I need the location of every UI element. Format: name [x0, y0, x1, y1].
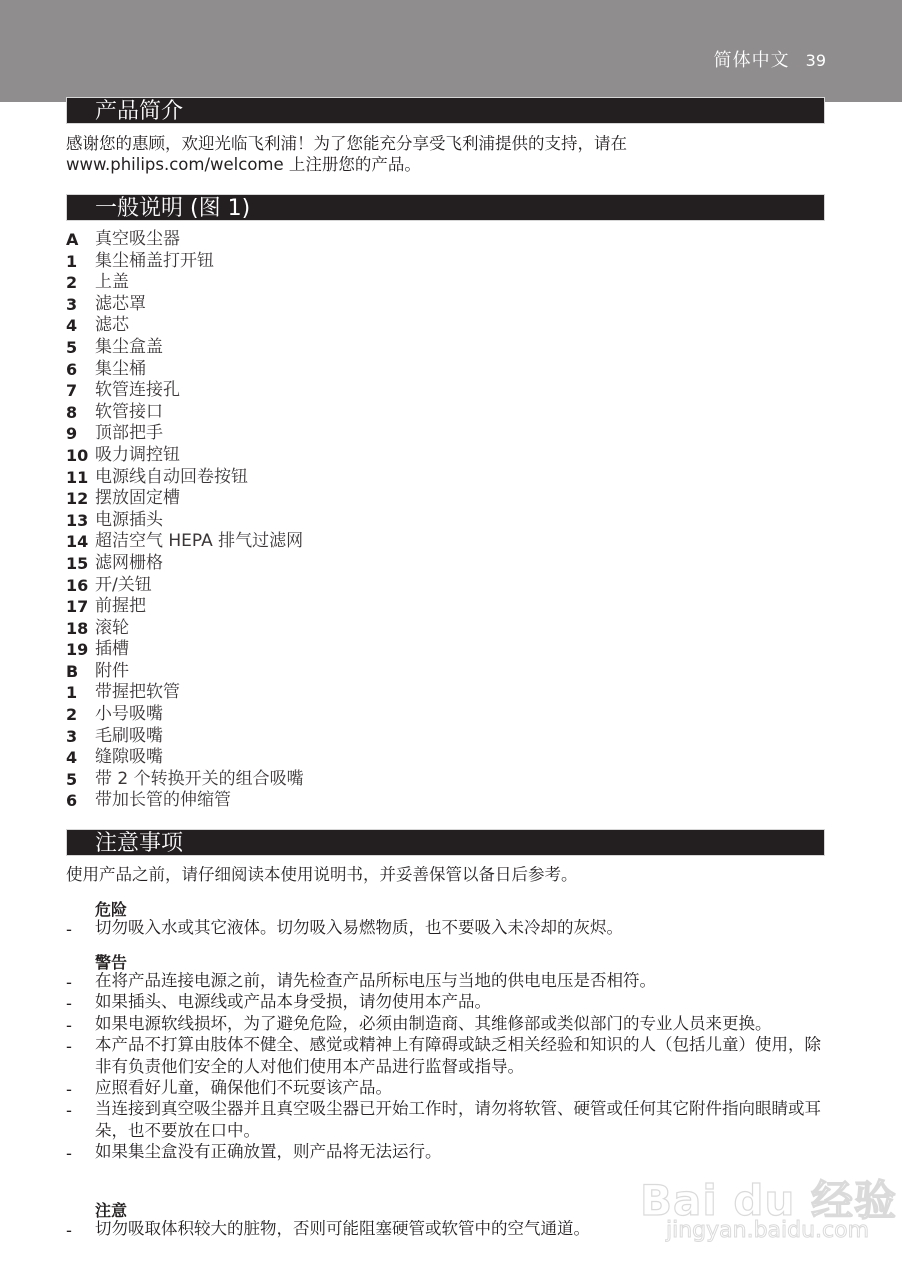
list-item: 16开/关钮 — [66, 575, 304, 597]
section-heading-intro: 产品简介 — [66, 97, 825, 124]
list-item: 2上盖 — [66, 272, 304, 294]
list-item: 2小号吸嘴 — [66, 704, 304, 726]
list-item: 18滚轮 — [66, 618, 304, 640]
list-item: 11电源线自动回卷按钮 — [66, 467, 304, 489]
list-item: 17前握把 — [66, 596, 304, 618]
page-number: 39 — [806, 51, 826, 70]
list-item: 6带加长管的伸缩管 — [66, 790, 304, 812]
list-item: 5集尘盒盖 — [66, 337, 304, 359]
warning-item: 当连接到真空吸尘器并且真空吸尘器已开始工作时，请勿将软管、硬管或任何其它附件指向… — [66, 1098, 826, 1141]
list-item: 5带 2 个转换开关的组合吸嘴 — [66, 769, 304, 791]
list-item: 3滤芯罩 — [66, 294, 304, 316]
warning-item: 如果插头、电源线或产品本身受损，请勿使用本产品。 — [66, 991, 826, 1012]
list-item: 15滤网栅格 — [66, 553, 304, 575]
list-item: B附件 — [66, 661, 304, 683]
list-item: 6集尘桶 — [66, 359, 304, 381]
list-item: 9顶部把手 — [66, 423, 304, 445]
warning-item: 在将产品连接电源之前，请先检查产品所标电压与当地的供电电压是否相符。 — [66, 970, 826, 991]
list-item: 13电源插头 — [66, 510, 304, 532]
important-intro-paragraph: 使用产品之前，请仔细阅读本使用说明书，并妥善保管以备日后参考。 — [66, 864, 806, 885]
list-item: 4滤芯 — [66, 315, 304, 337]
list-item: 1集尘桶盖打开钮 — [66, 251, 304, 273]
section-heading-general-description: 一般说明 (图 1) — [66, 194, 825, 221]
list-item: 1带握把软管 — [66, 682, 304, 704]
list-item: 4缝隙吸嘴 — [66, 747, 304, 769]
warning-item: 如果电源软线损坏，为了避免危险，必须由制造商、其维修部或类似部门的专业人员来更换… — [66, 1013, 826, 1034]
warning-item: 本产品不打算由肢体不健全、感觉或精神上有障碍或缺乏相关经验和知识的人（包括儿童）… — [66, 1034, 826, 1077]
running-header: 简体中文 39 — [714, 46, 826, 72]
caution-item: 切勿吸取体积较大的脏物，否则可能阻塞硬管或软管中的空气通道。 — [66, 1218, 826, 1239]
list-item: A真空吸尘器 — [66, 229, 304, 251]
danger-list: 切勿吸入水或其它液体。切勿吸入易燃物质，也不要吸入未冷却的灰烬。 — [66, 917, 826, 938]
list-item: 14超洁空气 HEPA 排气过滤网 — [66, 531, 304, 553]
list-item: 7软管连接孔 — [66, 380, 304, 402]
list-item: 10吸力调控钮 — [66, 445, 304, 467]
list-item: 19插槽 — [66, 639, 304, 661]
intro-paragraph: 感谢您的惠顾，欢迎光临飞利浦！为了您能充分享受飞利浦提供的支持，请在 www.p… — [66, 133, 806, 175]
warning-list: 在将产品连接电源之前，请先检查产品所标电压与当地的供电电压是否相符。 如果插头、… — [66, 970, 826, 1163]
list-item: 3毛刷吸嘴 — [66, 726, 304, 748]
caution-list: 切勿吸取体积较大的脏物，否则可能阻塞硬管或软管中的空气通道。 — [66, 1218, 826, 1239]
list-item: 12摆放固定槽 — [66, 488, 304, 510]
section-heading-important: 注意事项 — [66, 829, 825, 856]
warning-item: 应照看好儿童，确保他们不玩耍该产品。 — [66, 1077, 826, 1098]
danger-item: 切勿吸入水或其它液体。切勿吸入易燃物质，也不要吸入未冷却的灰烬。 — [66, 917, 826, 938]
language-label: 简体中文 — [714, 46, 790, 72]
page-header-band: 简体中文 39 — [0, 0, 902, 102]
list-item: 8软管接口 — [66, 402, 304, 424]
parts-list: A真空吸尘器 1集尘桶盖打开钮 2上盖 3滤芯罩 4滤芯 5集尘盒盖 6集尘桶 … — [66, 229, 304, 812]
warning-item: 如果集尘盒没有正确放置，则产品将无法运行。 — [66, 1141, 826, 1162]
